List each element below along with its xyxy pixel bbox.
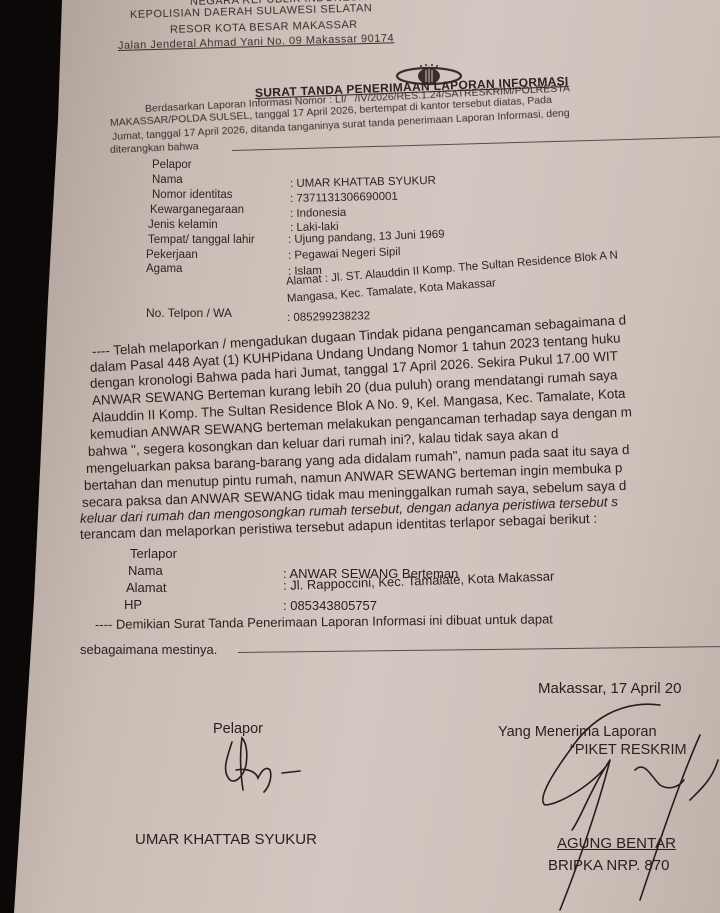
field-label: No. Telpon / WA bbox=[146, 306, 232, 320]
pelapor-id-value: : 7371131306690001 bbox=[290, 191, 398, 205]
place-date: Makassar, 17 April 20 bbox=[538, 680, 681, 697]
document-content: NEGARA REPUBLIK INDONESIA KEPOLISIAN DAE… bbox=[0, 0, 720, 913]
terlapor-phone-value: : 085343805757 bbox=[283, 598, 377, 613]
field-label: Tempat/ tanggal lahir bbox=[148, 234, 255, 246]
pelapor-phone-value: : 085299238232 bbox=[287, 310, 370, 324]
pelapor-nationality-value: : Indonesia bbox=[290, 207, 347, 220]
pelapor-signature-label: Pelapor bbox=[213, 721, 263, 737]
pelapor-occupation-value: : Pegawai Negeri Sipil bbox=[288, 246, 401, 262]
intro-line: diterangkan bahwa bbox=[110, 140, 199, 156]
receiver-signature-label: Yang Menerima Laporan bbox=[498, 724, 657, 740]
letterhead-police-region: KEPOLISIAN DAERAH SULAWESI SELATAN bbox=[130, 2, 373, 21]
field-label: Nama bbox=[128, 563, 163, 578]
field-label: Agama bbox=[146, 263, 182, 275]
pelapor-signature-icon bbox=[226, 738, 300, 792]
pelapor-section-heading: Pelapor bbox=[152, 159, 192, 171]
field-label: HP bbox=[124, 597, 142, 612]
field-label: Nomor identitas bbox=[152, 189, 233, 201]
terlapor-section-heading: Terlapor bbox=[130, 546, 177, 561]
field-label: Alamat bbox=[126, 580, 166, 595]
receiver-rank: BRIPKA NRP. 870 bbox=[548, 857, 669, 874]
field-label: Pekerjaan bbox=[146, 249, 198, 261]
fill-line bbox=[232, 136, 720, 151]
receiver-signed-name: AGUNG BENTAR bbox=[557, 835, 676, 852]
receiver-unit: “PIKET RESKRIM bbox=[570, 742, 687, 758]
pelapor-signed-name: UMAR KHATTAB SYUKUR bbox=[135, 831, 317, 848]
field-label: Jenis kelamin bbox=[148, 219, 218, 231]
closing-line: ---- Demikian Surat Tanda Penerimaan Lap… bbox=[95, 611, 553, 632]
field-label: Nama bbox=[152, 174, 183, 186]
pelapor-name-value: : UMAR KHATTAB SYUKUR bbox=[290, 175, 436, 190]
field-label: Kewarganegaraan bbox=[150, 204, 244, 216]
letterhead-address: Jalan Jenderal Ahmad Yani No. 09 Makassa… bbox=[118, 32, 394, 52]
closing-line: sebagaimana mestinya. bbox=[80, 642, 217, 657]
fill-line bbox=[238, 646, 720, 653]
